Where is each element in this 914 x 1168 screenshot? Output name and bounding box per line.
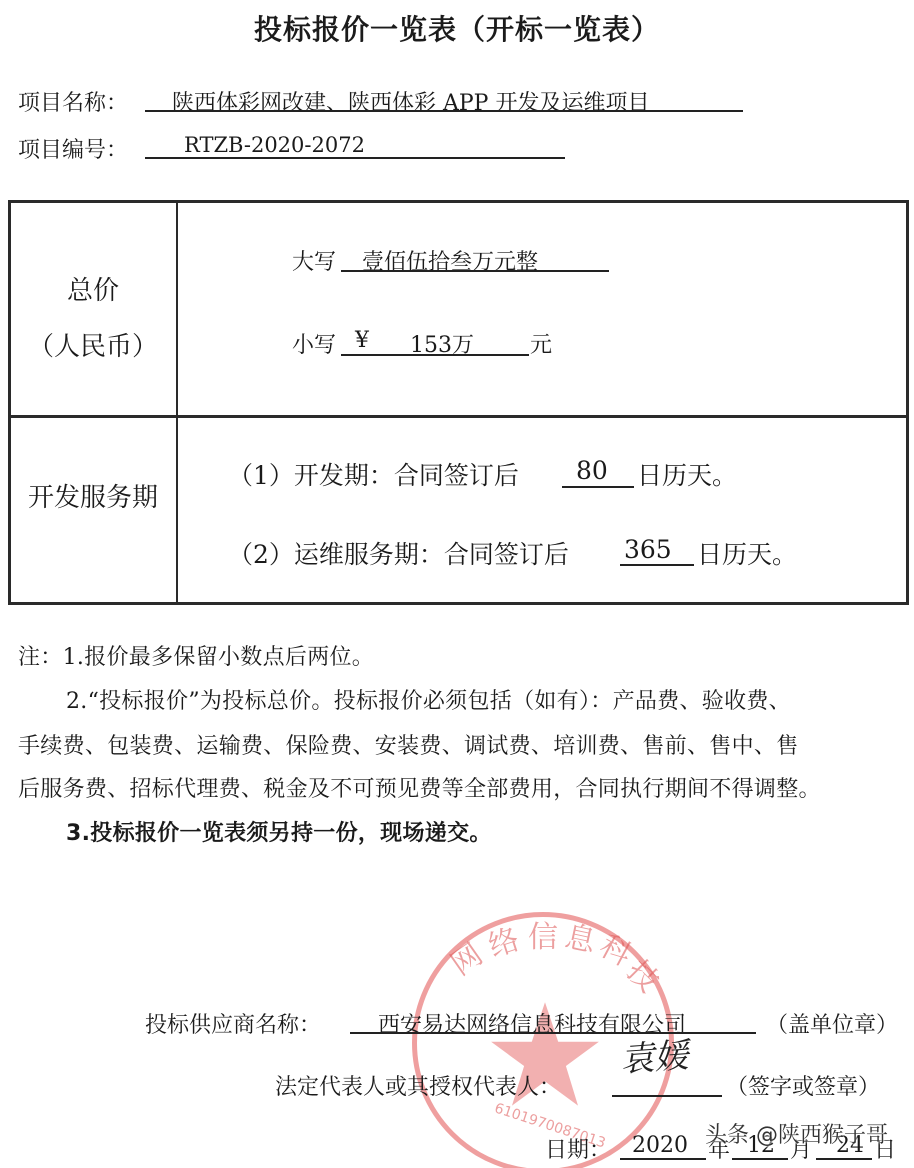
lowercase-currency: ¥ [355, 328, 369, 353]
project-name-underline [145, 110, 743, 112]
table-row-divider [8, 415, 909, 418]
total-price-label: 总价 [10, 270, 176, 307]
document-title: 投标报价一览表（开标一览表） [0, 8, 914, 48]
uppercase-label: 大写 [292, 245, 336, 276]
rep-underline [612, 1095, 722, 1097]
rep-signature: 袁媛 [618, 1028, 689, 1082]
dev-period-prefix: （1）开发期：合同签订后 [228, 456, 519, 492]
note-1: 注：1.报价最多保留小数点后两位。 [18, 640, 374, 671]
date-year: 2020 [632, 1133, 688, 1158]
note-3: 3.投标报价一览表须另持一份，现场递交。 [66, 816, 492, 847]
lowercase-underline [341, 354, 529, 356]
seal-char: 信 [528, 912, 558, 956]
uppercase-underline [341, 270, 609, 272]
date-month-underline [732, 1158, 788, 1160]
project-number-value: RTZB-2020-2072 [184, 133, 365, 157]
maint-period-value: 365 [624, 535, 672, 564]
lowercase-label: 小写 [292, 328, 336, 359]
project-name-label: 项目名称： [18, 86, 128, 117]
maint-period-prefix: （2）运维服务期：合同签订后 [228, 535, 569, 571]
dev-period-underline [562, 486, 634, 488]
dev-period-value: 80 [576, 456, 608, 485]
supplier-suffix: （盖单位章） [766, 1008, 898, 1039]
date-label: 日期： [545, 1133, 611, 1164]
currency-label: （人民币） [10, 326, 176, 363]
date-day-underline [816, 1158, 872, 1160]
rep-suffix: （签字或签章） [726, 1070, 880, 1101]
note-2-line-3: 后服务费、招标代理费、税金及不可预见费等全部费用，合同执行期间不得调整。 [18, 772, 821, 803]
project-name-value: 陕西体彩网改建、陕西体彩 APP 开发及运维项目 [172, 86, 649, 117]
maint-period-underline [620, 564, 694, 566]
table-column-divider [176, 200, 178, 605]
date-year-underline [620, 1158, 706, 1160]
maint-period-suffix: 日历天。 [697, 535, 797, 571]
project-number-label: 项目编号： [18, 133, 128, 164]
dev-period-suffix: 日历天。 [637, 456, 737, 492]
supplier-label: 投标供应商名称： [145, 1008, 321, 1039]
supplier-underline [350, 1032, 756, 1034]
note-2-line-2: 手续费、包装费、运输费、保险费、安装费、调试费、培训费、售前、售中、售 [18, 729, 799, 760]
rep-label: 法定代表人或其授权代表人： [275, 1070, 561, 1101]
note-2-line-1: 2.“投标报价”为投标总价。投标报价必须包括（如有）：产品费、验收费、 [66, 684, 791, 715]
lowercase-unit: 元 [530, 328, 552, 359]
watermark: 头条 @陕西猴子哥 [705, 1118, 888, 1149]
service-period-label: 开发服务期 [10, 477, 176, 514]
project-number-underline [145, 157, 565, 159]
